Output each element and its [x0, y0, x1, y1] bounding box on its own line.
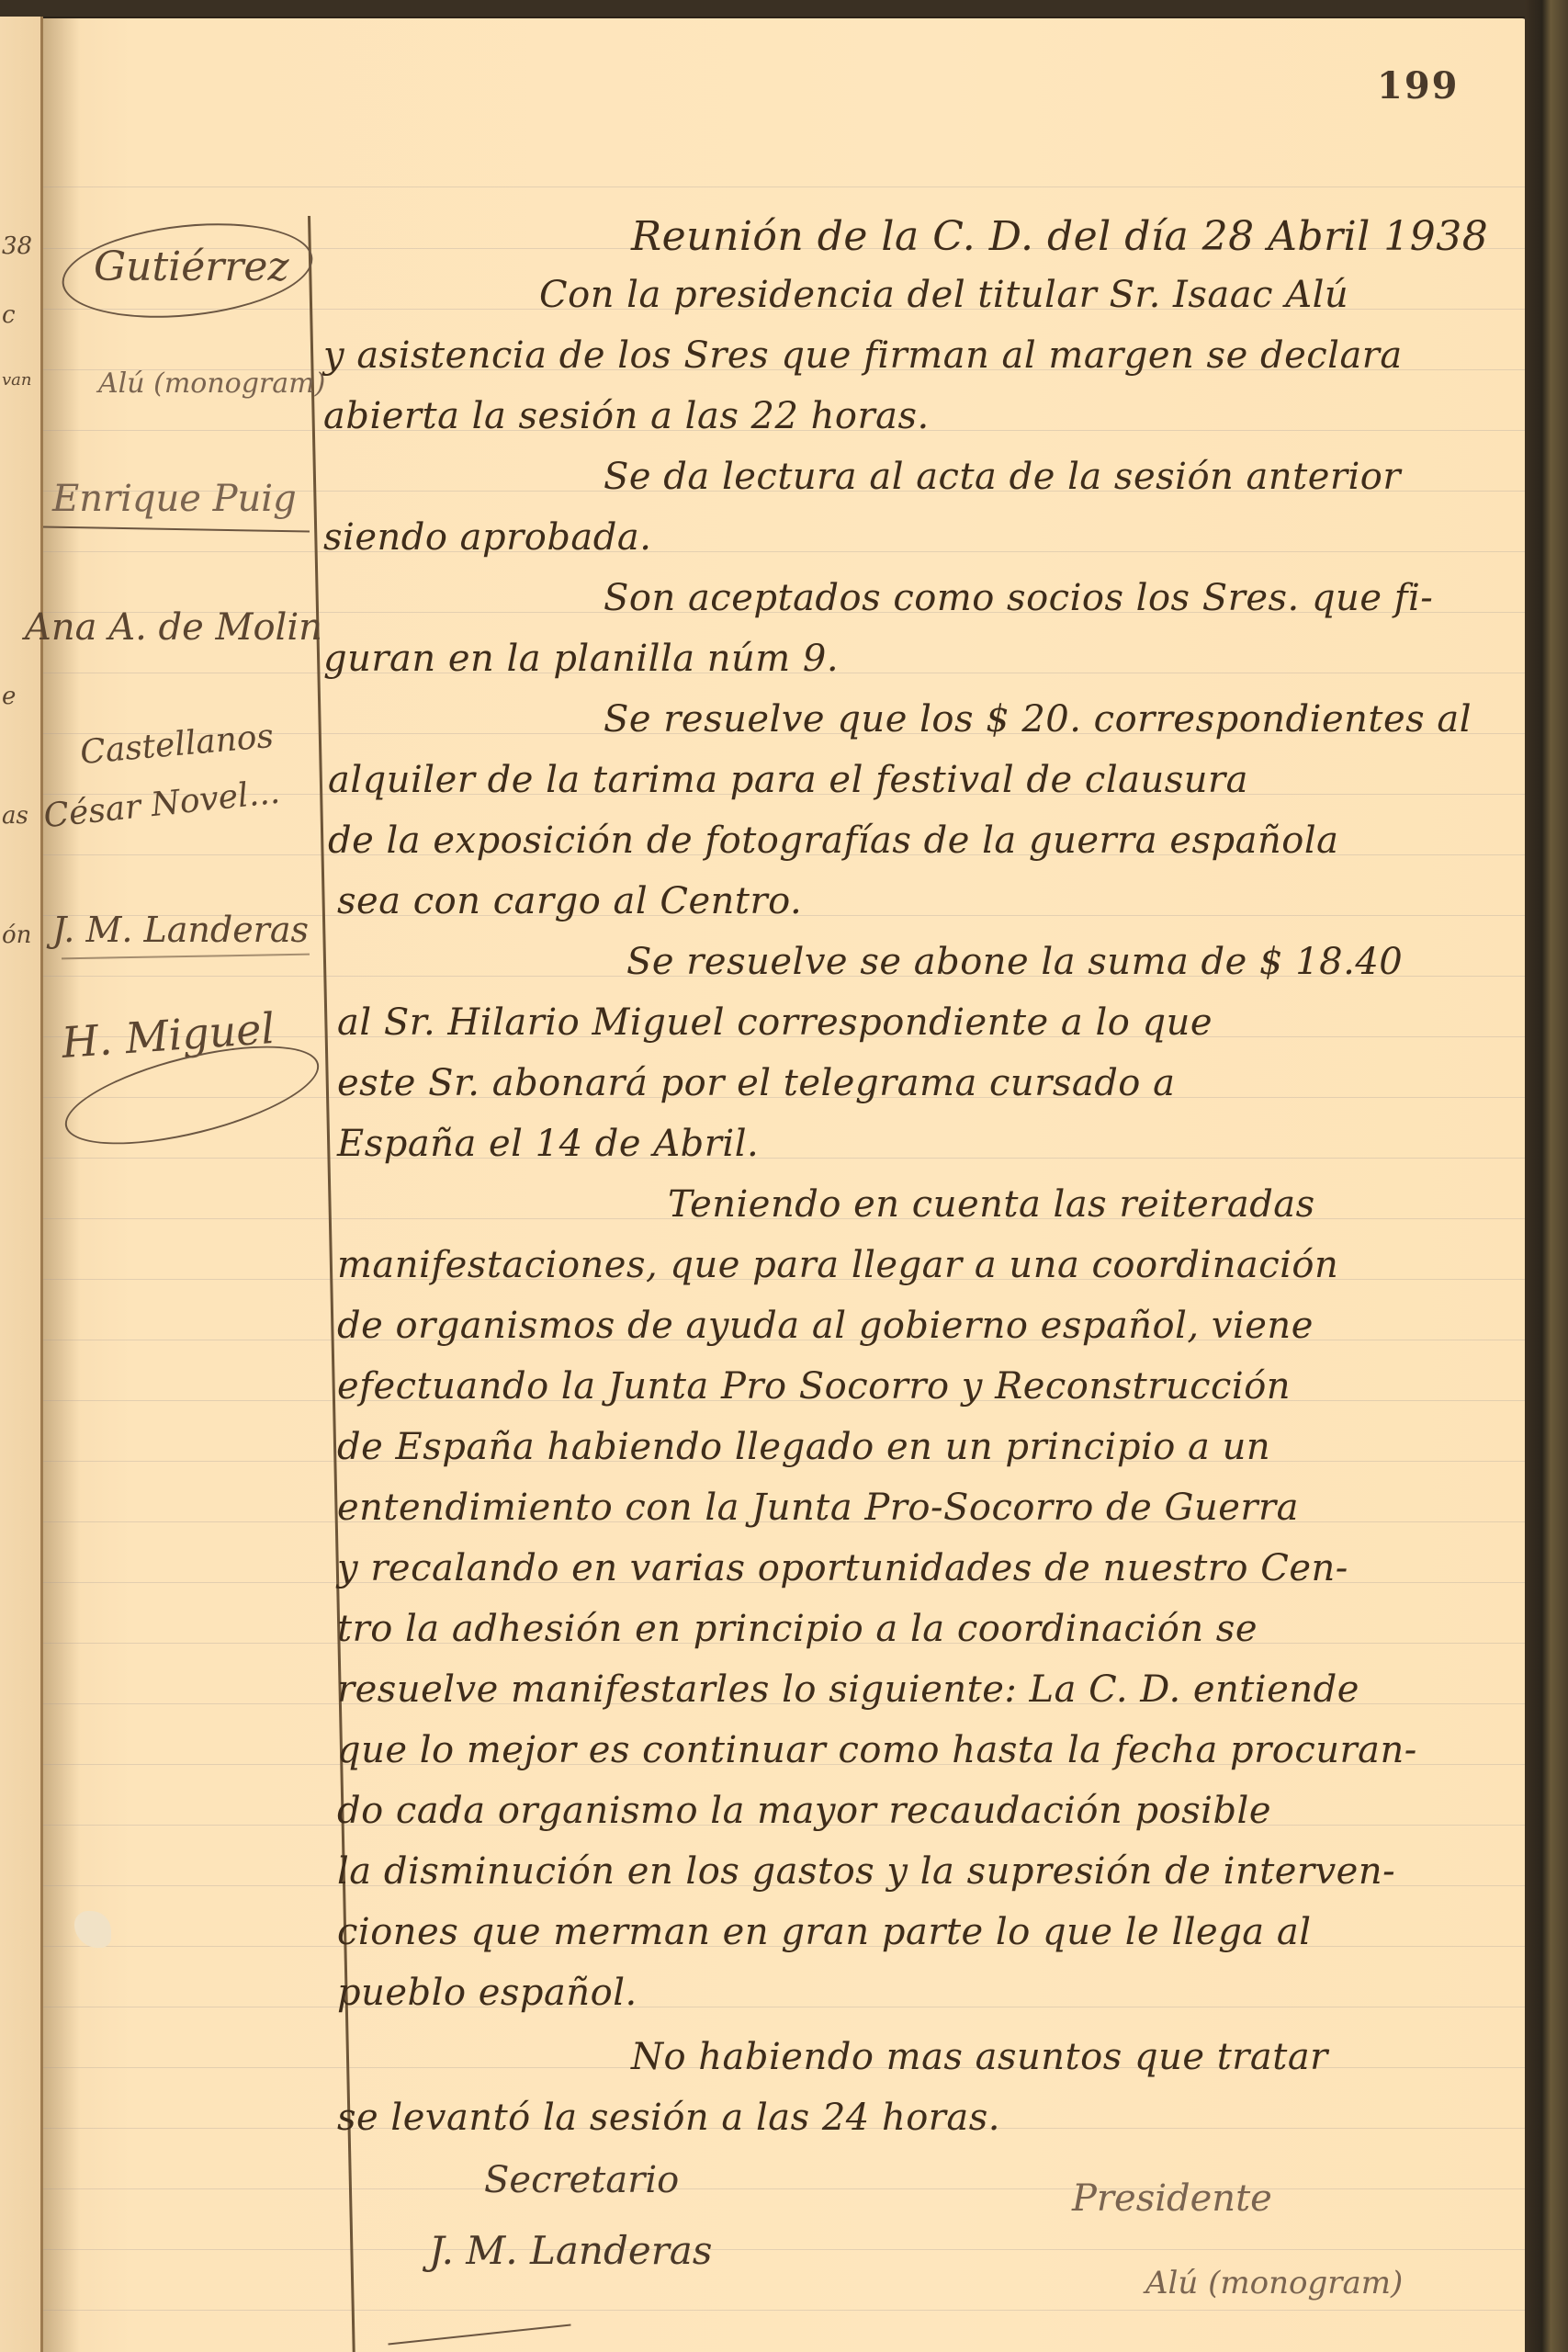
- minutes-title: Reunión de la C. D. del día 28 Abril 193…: [631, 213, 1488, 260]
- minutes-line: la disminución en los gastos y la supres…: [337, 1850, 1395, 1893]
- minutes-line: Se resuelve se abone la suma de $ 18.40: [626, 941, 1403, 983]
- secretary-signature-flourish: [388, 2324, 570, 2346]
- minutes-line: Con la presidencia del titular Sr. Isaac…: [539, 274, 1348, 316]
- book-top-edge: [0, 0, 1568, 17]
- minutes-line: al Sr. Hilario Miguel correspondiente a …: [337, 1001, 1213, 1044]
- minutes-line: sea con cargo al Centro.: [337, 880, 802, 922]
- margin-signature: Castellanos: [79, 718, 276, 772]
- ruled-line: [43, 551, 1528, 552]
- ruled-line: [43, 2249, 1528, 2250]
- minutes-line: alquiler de la tarima para el festival d…: [328, 759, 1248, 801]
- minutes-line: Son aceptados como socios los Sres. que …: [604, 577, 1433, 619]
- prev-page-fragment: van: [2, 370, 32, 390]
- president-signature: Alú (monogram): [1145, 2265, 1403, 2301]
- minutes-line: que lo mejor es continuar como hasta la …: [337, 1729, 1417, 1771]
- minutes-line: este Sr. abonará por el telegrama cursad…: [337, 1062, 1175, 1104]
- minutes-line: efectuando la Junta Pro Socorro y Recons…: [337, 1365, 1291, 1408]
- prev-page-fragment: as: [2, 802, 28, 830]
- signature-underline: [62, 954, 310, 960]
- prev-page-fragment: e: [2, 683, 16, 710]
- ruled-line: [43, 2007, 1528, 2007]
- margin-signature: Gutiérrez: [94, 243, 289, 290]
- minutes-line: resuelve manifestarles lo siguiente: La …: [337, 1668, 1359, 1711]
- prev-page-fragment: ón: [2, 922, 31, 949]
- minutes-line: de la exposición de fotografías de la gu…: [328, 820, 1338, 862]
- minutes-line: abierta la sesión a las 22 horas.: [323, 395, 930, 437]
- secretary-signature: J. M. Landeras: [429, 2228, 712, 2273]
- minutes-line: ciones que merman en gran parte lo que l…: [337, 1911, 1312, 1953]
- minutes-line: España el 14 de Abril.: [337, 1123, 759, 1165]
- minutes-line: No habiendo mas asuntos que tratar: [631, 2036, 1328, 2078]
- minutes-line: manifestaciones, que para llegar a una c…: [337, 1244, 1338, 1286]
- minutes-line: Se da lectura al acta de la sesión anter…: [604, 456, 1401, 498]
- president-label: Presidente: [1072, 2177, 1272, 2220]
- prev-page-fragment: 38: [2, 232, 32, 260]
- previous-page-edge: 38 c van e as ón: [0, 17, 43, 2352]
- minutes-line: tro la adhesión en principio a la coordi…: [337, 1608, 1258, 1650]
- paper-tear: [74, 1911, 111, 1948]
- minutes-line: siendo aprobada.: [323, 516, 651, 559]
- prev-page-fragment: c: [2, 301, 16, 329]
- minutes-line: se levantó la sesión a las 24 horas.: [337, 2097, 1000, 2139]
- signature-underline: [43, 526, 310, 532]
- minutes-line: y asistencia de los Sres que firman al m…: [323, 334, 1403, 377]
- page-fold-shadow: [43, 18, 80, 2352]
- margin-signature: J. M. Landeras: [52, 910, 309, 950]
- margin-signature: Ana A. de Molin: [25, 606, 322, 649]
- minutes-line: do cada organismo la mayor recaudación p…: [337, 1790, 1271, 1832]
- minutes-line: Se resuelve que los $ 20. correspondient…: [604, 698, 1472, 741]
- minutes-line: entendimiento con la Junta Pro-Socorro d…: [337, 1487, 1299, 1529]
- minutes-line: de organismos de ayuda al gobierno españ…: [337, 1305, 1314, 1347]
- minutes-line: guran en la planilla núm 9.: [323, 638, 839, 680]
- minutes-line: pueblo español.: [337, 1972, 637, 2014]
- ruled-line: [43, 187, 1528, 187]
- margin-signature: Enrique Puig: [52, 478, 297, 520]
- book-binding: [1525, 0, 1568, 2352]
- secretary-label: Secretario: [484, 2159, 679, 2201]
- ruled-line: [43, 1158, 1528, 1159]
- page-number: 199: [1377, 64, 1460, 107]
- ruled-line: [43, 2310, 1528, 2311]
- margin-signature: Alú (monogram): [98, 367, 325, 400]
- minutes-line: y recalando en varias oportunidades de n…: [337, 1547, 1348, 1589]
- minutes-line: Teniendo en cuenta las reiteradas: [668, 1183, 1315, 1226]
- ledger-page: 199 Gutiérrez Alú (monogram) Enrique Pui…: [43, 18, 1528, 2352]
- minutes-line: de España habiendo llegado en un princip…: [337, 1426, 1270, 1468]
- ruled-line: [43, 2188, 1528, 2189]
